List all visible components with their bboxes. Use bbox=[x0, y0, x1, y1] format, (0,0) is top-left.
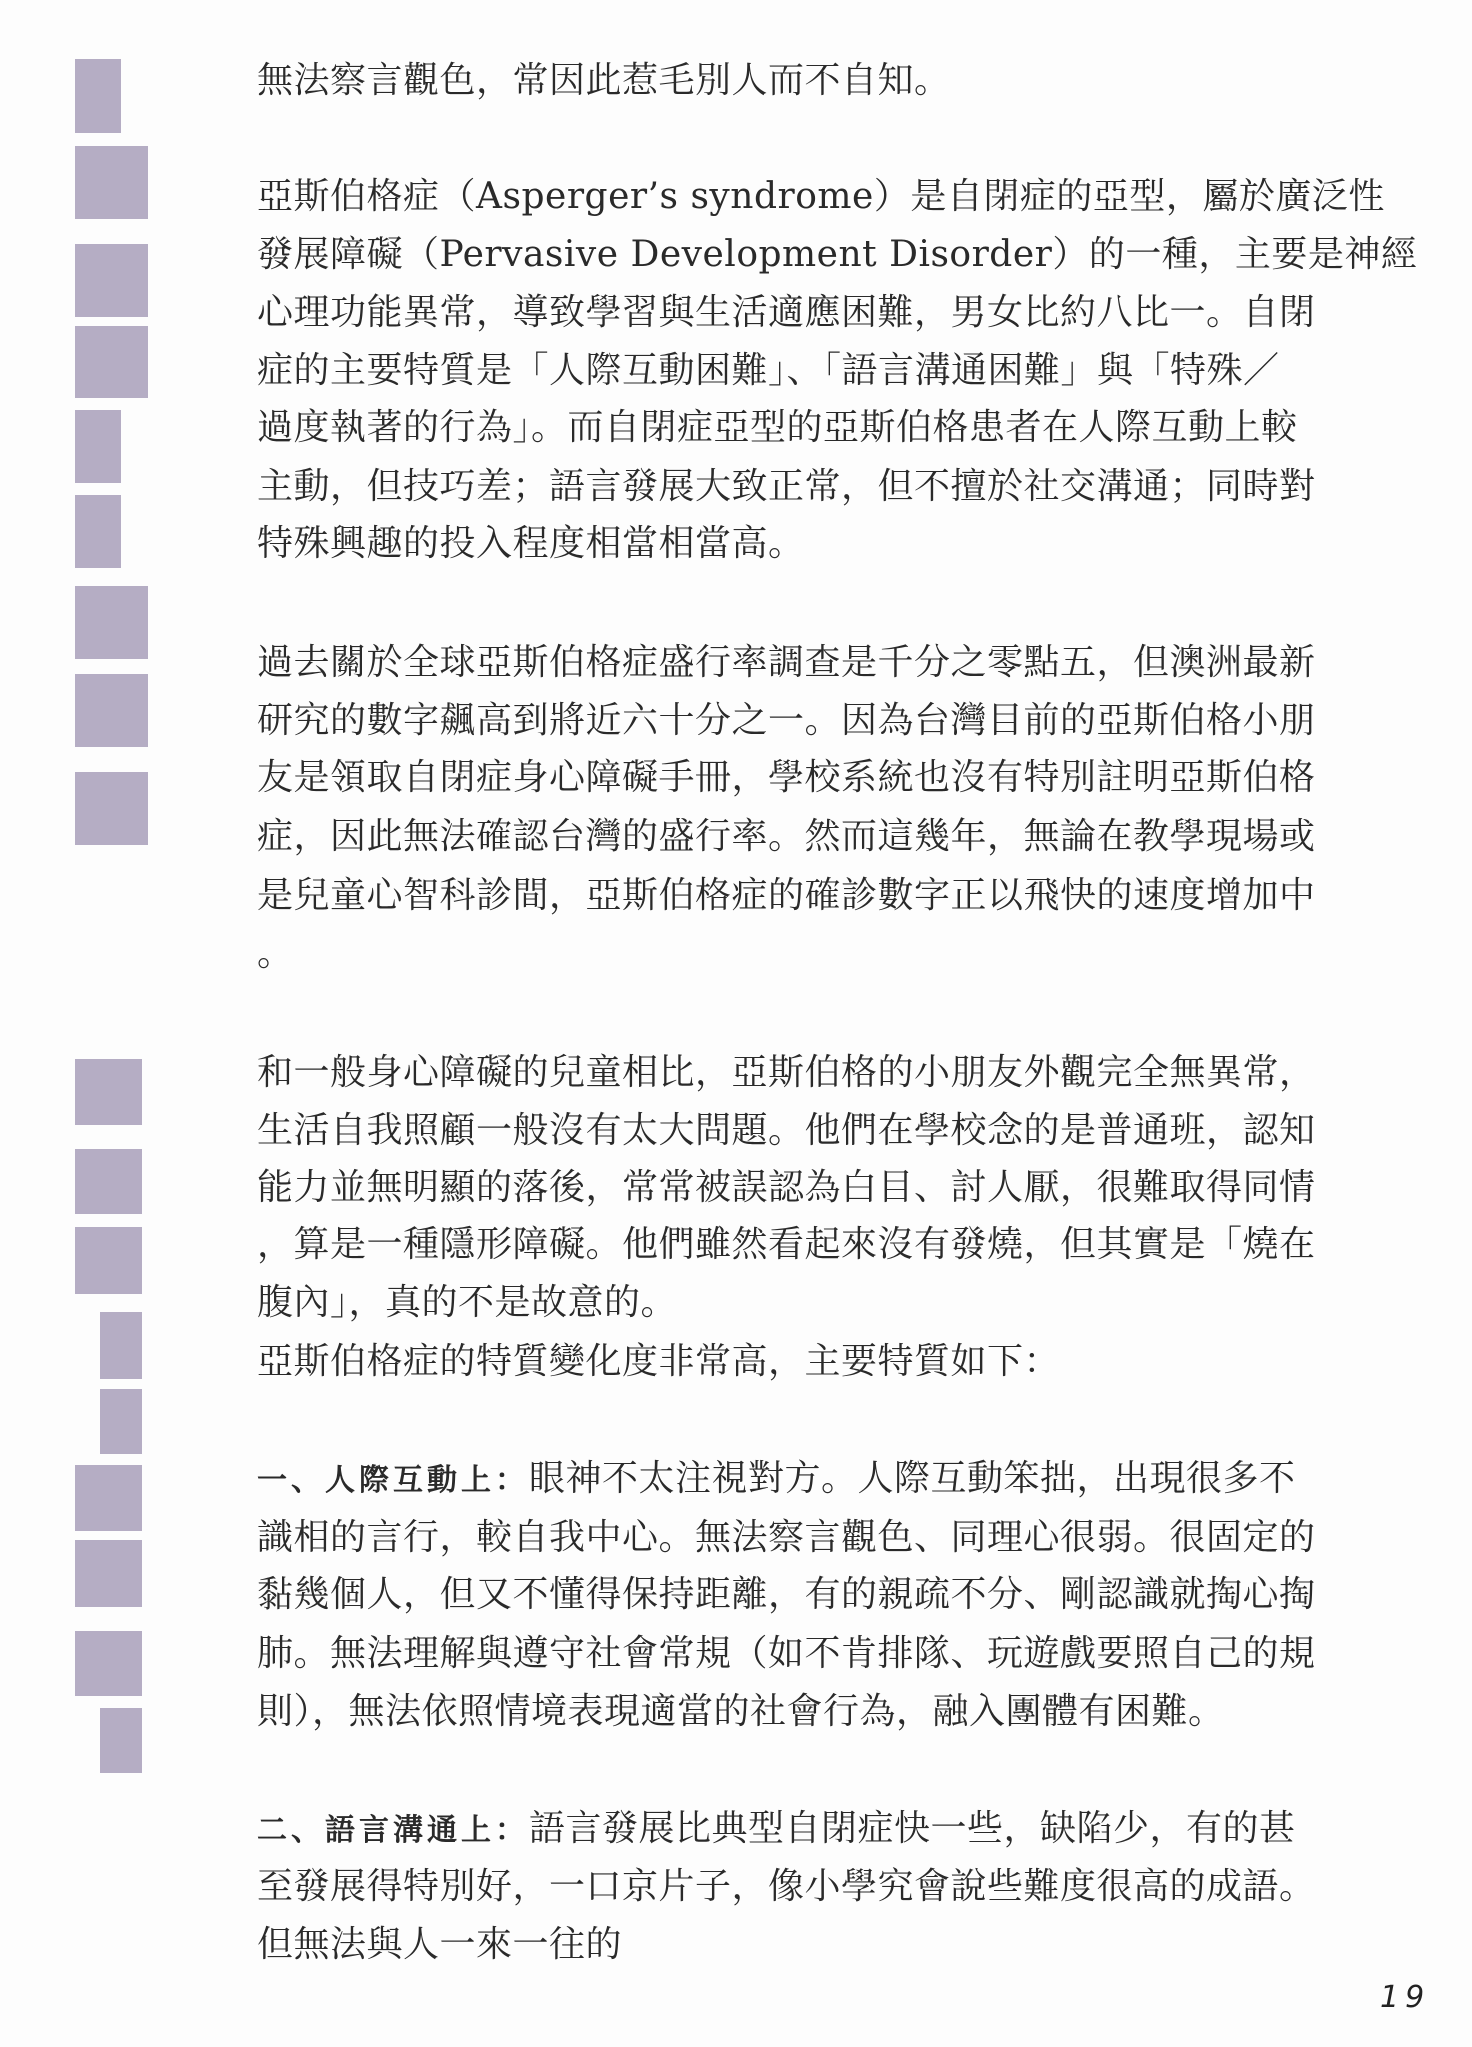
side-decoration-block bbox=[75, 495, 121, 568]
text-line: 心理功能異常，導致學習與生活適應困難，男女比約八比一。自閉 bbox=[257, 290, 1316, 336]
text-line: 肺。無法理解與遵守社會常規（如不肯排隊、玩遊戲要照自己的規 bbox=[257, 1631, 1316, 1677]
side-decoration-block bbox=[75, 586, 148, 659]
text-line: 則），無法依照情境表現適當的社會行為，融入團體有困難。 bbox=[257, 1689, 1225, 1735]
side-decoration-block bbox=[75, 59, 121, 133]
text-line: 一、人際互動上：眼神不太注視對方。人際互動笨拙，出現很多不 bbox=[257, 1456, 1296, 1502]
text-line: 亞斯伯格症的特質變化度非常高，主要特質如下： bbox=[257, 1339, 1060, 1385]
text-line: 識相的言行，較自我中心。無法察言觀色、同理心很弱。很固定的 bbox=[257, 1515, 1316, 1561]
text-line: 黏幾個人，但又不懂得保持距離，有的親疏不分、剛認識就掏心掏 bbox=[257, 1572, 1316, 1618]
text-line: 發展障礙（Pervasive Development Disorder）的一種，… bbox=[257, 232, 1417, 278]
side-decoration-block bbox=[75, 1059, 142, 1125]
text-line: 生活自我照顧一般沒有太大問題。他們在學校念的是普通班，認知 bbox=[257, 1108, 1316, 1154]
text-line: 。 bbox=[257, 931, 294, 977]
text-line: 無法察言觀色，常因此惹毛別人而不自知。 bbox=[257, 58, 951, 104]
text-span: 眼神不太注視對方。人際互動笨拙，出現很多不 bbox=[529, 1458, 1296, 1499]
side-decoration-block bbox=[75, 244, 148, 317]
side-decoration-block bbox=[75, 1540, 142, 1607]
text-line: 友是領取自閉症身心障礙手冊，學校系統也沒有特別註明亞斯伯格 bbox=[257, 755, 1316, 801]
text-span: 語言發展比典型自閉症快一些，缺陷少，有的甚 bbox=[529, 1808, 1296, 1849]
side-decoration-block bbox=[75, 410, 121, 483]
side-decoration-block bbox=[75, 1465, 142, 1531]
text-line: 能力並無明顯的落後，常常被誤認為白目、討人厭，很難取得同情 bbox=[257, 1165, 1316, 1211]
text-line: 主動，但技巧差；語言發展大致正常，但不擅於社交溝通；同時對 bbox=[257, 464, 1316, 510]
text-line: 特殊興趣的投入程度相當相當高。 bbox=[257, 521, 805, 567]
side-decoration-block bbox=[75, 674, 148, 747]
side-decoration-block bbox=[75, 1227, 142, 1294]
side-decoration-block bbox=[75, 1149, 142, 1214]
text-line: 但無法與人一來一往的 bbox=[257, 1922, 622, 1968]
text-line: 症的主要特質是「人際互動困難」、「語言溝通困難」與「特殊／ bbox=[257, 348, 1280, 394]
text-line: 亞斯伯格症（Asperger’s syndrome）是自閉症的亞型，屬於廣泛性 bbox=[257, 174, 1385, 220]
page-number: 19 bbox=[1380, 1980, 1430, 2015]
section-label: 一、人際互動上： bbox=[257, 1463, 529, 1498]
text-line: 研究的數字飆高到將近六十分之一。因為台灣目前的亞斯伯格小朋 bbox=[257, 698, 1316, 744]
side-decoration-block bbox=[75, 1631, 142, 1696]
text-line: 二、語言溝通上：語言發展比典型自閉症快一些，缺陷少，有的甚 bbox=[257, 1806, 1296, 1852]
side-decoration-block bbox=[100, 1708, 142, 1773]
text-line: ，算是一種隱形障礙。他們雖然看起來沒有發燒，但其實是「燒在 bbox=[257, 1222, 1316, 1268]
text-line: 過度執著的行為」。而自閉症亞型的亞斯伯格患者在人際互動上較 bbox=[257, 405, 1298, 451]
text-line: 過去關於全球亞斯伯格症盛行率調查是千分之零點五，但澳洲最新 bbox=[257, 640, 1316, 686]
side-decoration-block bbox=[100, 1389, 142, 1454]
side-decoration-block bbox=[75, 146, 148, 219]
text-line: 至發展得特別好，一口京片子，像小學究會說些難度很高的成語。 bbox=[257, 1864, 1316, 1910]
section-label: 二、語言溝通上： bbox=[257, 1813, 529, 1848]
side-decoration-block bbox=[75, 326, 148, 398]
text-line: 症，因此無法確認台灣的盛行率。然而這幾年，無論在教學現場或 bbox=[257, 814, 1316, 860]
side-decoration-block bbox=[75, 772, 148, 845]
side-decoration-block bbox=[100, 1312, 142, 1379]
text-line: 和一般身心障礙的兒童相比，亞斯伯格的小朋友外觀完全無異常， bbox=[257, 1050, 1316, 1096]
text-line: 腹內」，真的不是故意的。 bbox=[257, 1280, 677, 1326]
text-line: 是兒童心智科診間，亞斯伯格症的確診數字正以飛快的速度增加中 bbox=[257, 873, 1316, 919]
